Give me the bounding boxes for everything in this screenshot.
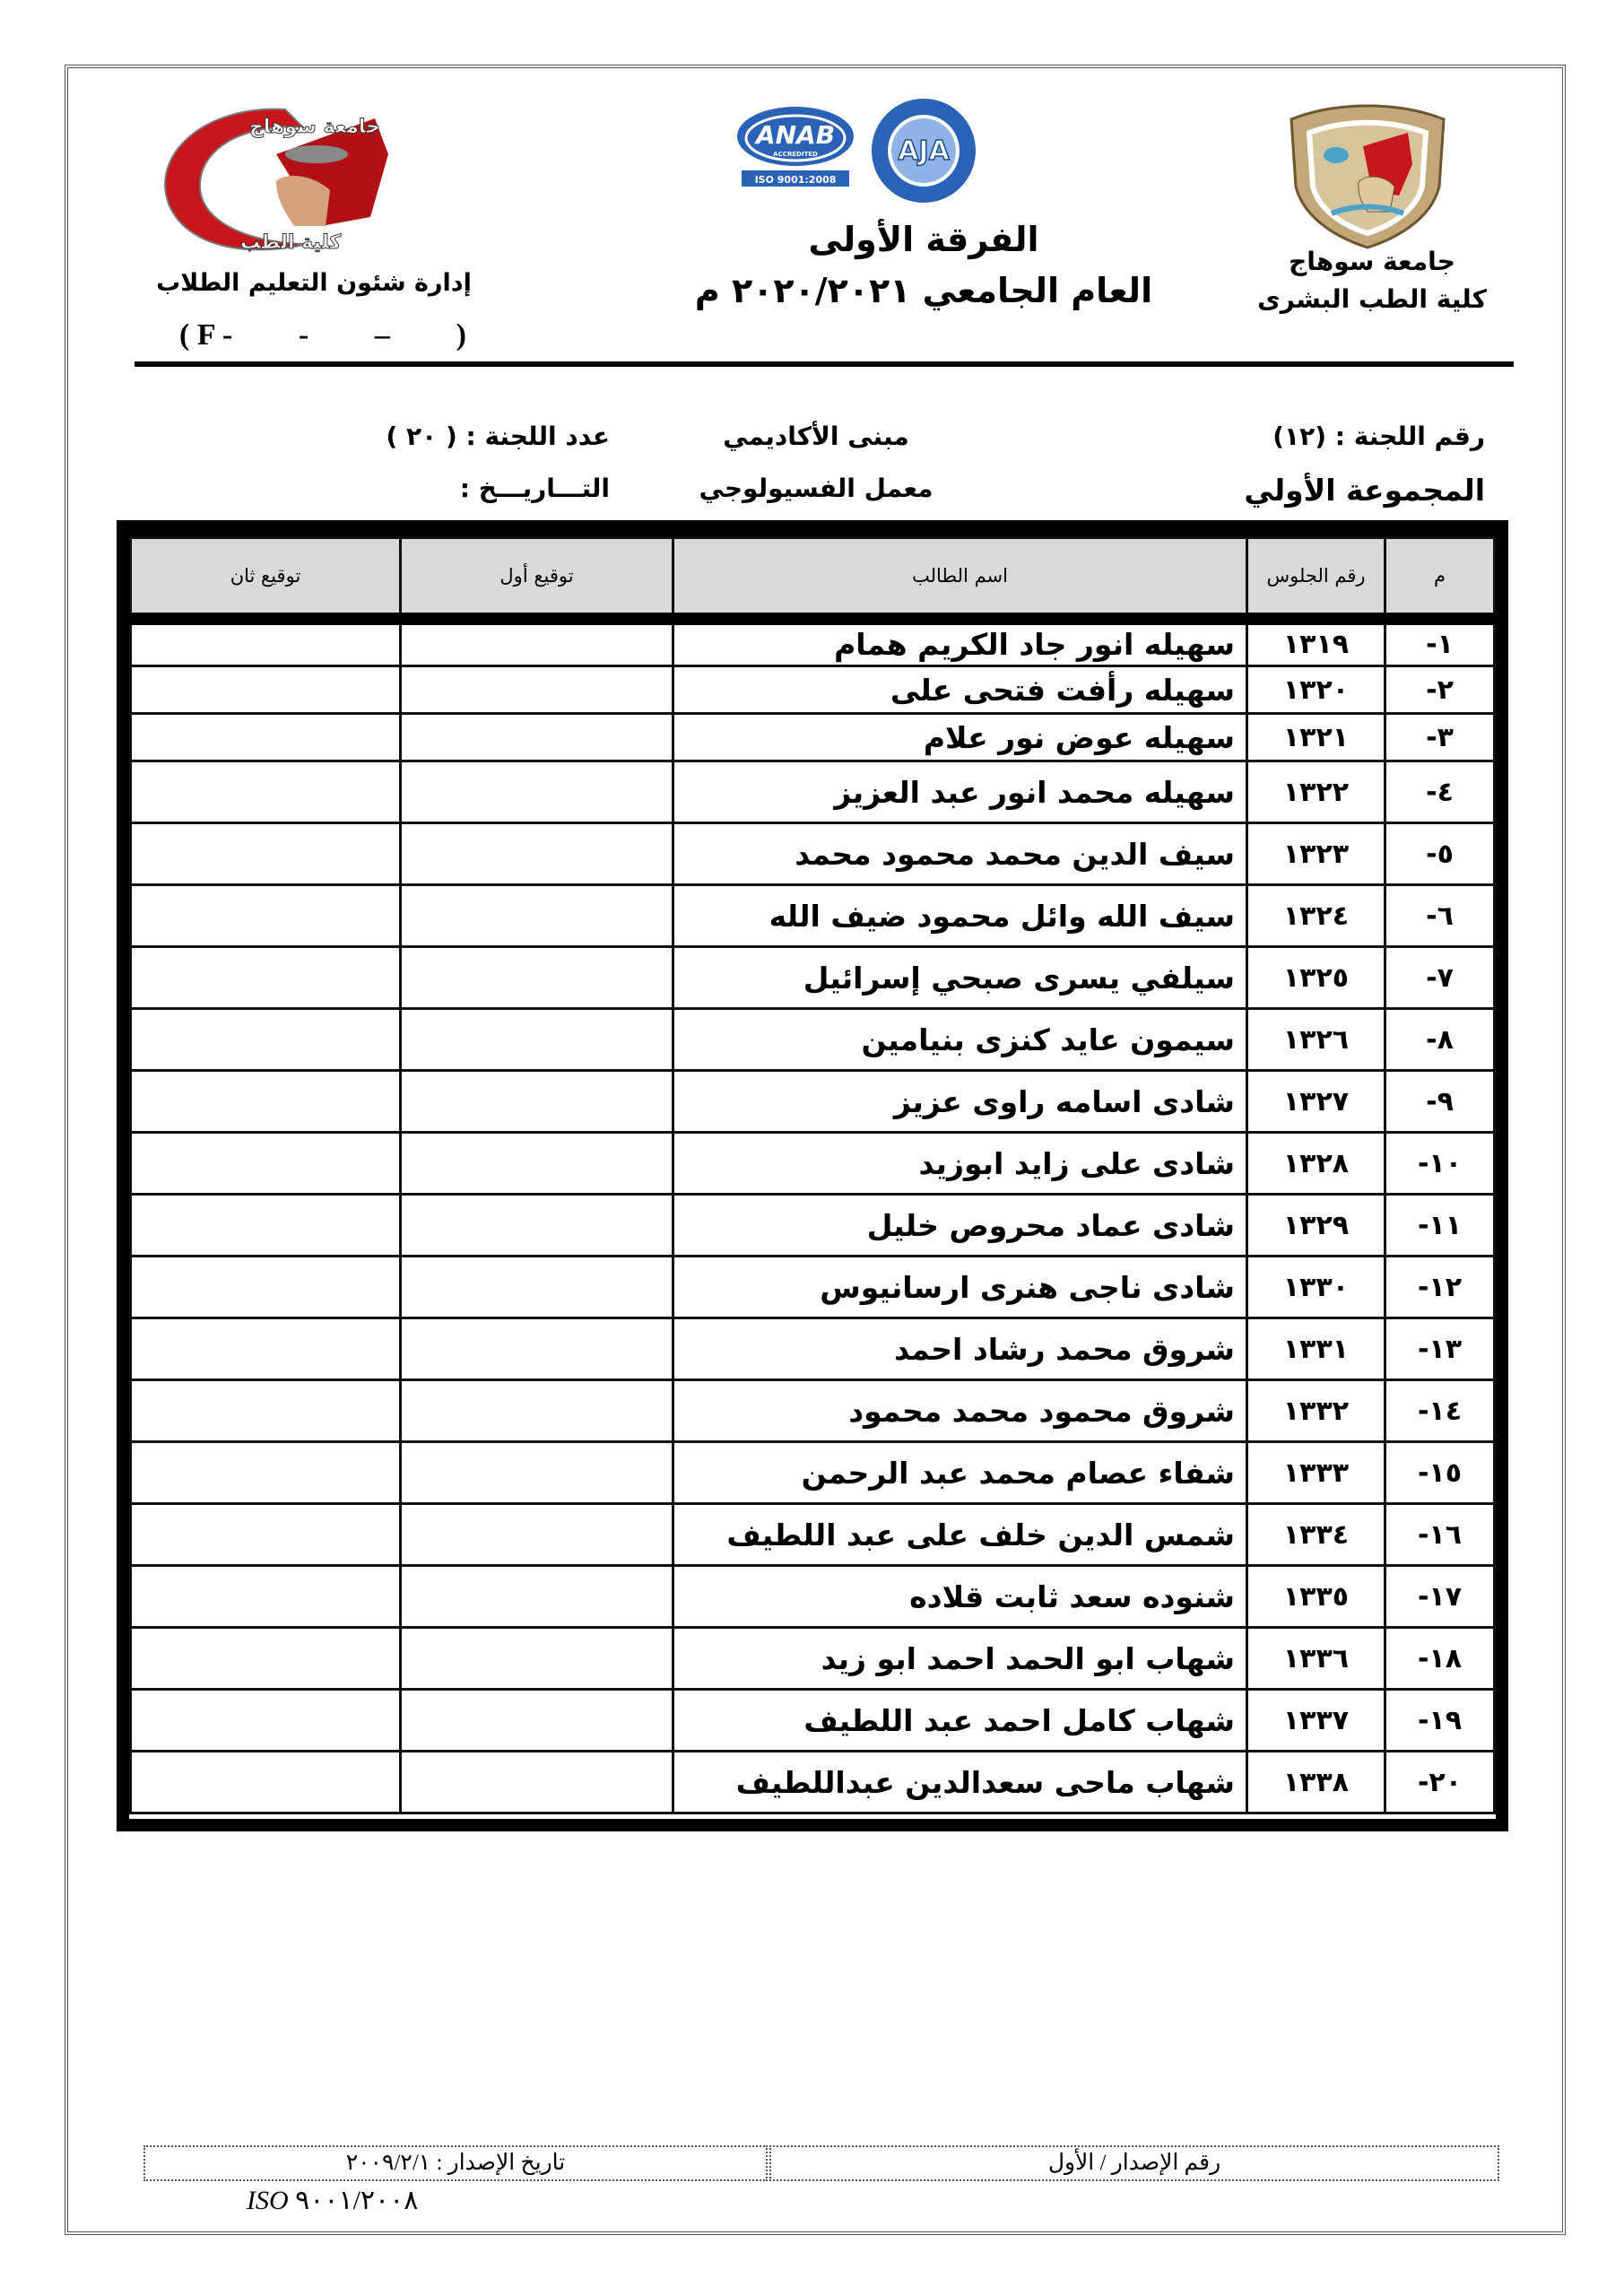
row-second-signature-field[interactable]: [131, 1009, 401, 1071]
row-first-signature-field[interactable]: [401, 1133, 673, 1195]
row-student-name: شهاب كامل احمد عبد اللطيف: [673, 1690, 1247, 1752]
row-seat-number: ١٣٢٢: [1247, 761, 1385, 823]
row-student-name: سهيله انور جاد الكريم همام: [673, 619, 1247, 666]
row-first-signature-field[interactable]: [401, 1442, 673, 1504]
row-index: ٣-: [1385, 714, 1495, 761]
building-label: مبنى الأكاديمي: [699, 422, 933, 451]
row-second-signature-field[interactable]: [131, 666, 401, 714]
form-code-part: ): [456, 318, 466, 352]
row-seat-number: ١٣٣٢: [1247, 1380, 1385, 1442]
table-header-row: م رقم الجلوس اسم الطالب توقيع أول توقيع …: [131, 538, 1495, 619]
row-student-name: سيلفي يسرى صبحي إسرائيل: [673, 947, 1247, 1009]
row-student-name: شادى عماد محروص خليل: [673, 1195, 1247, 1257]
row-first-signature-field[interactable]: [401, 1009, 673, 1071]
row-seat-number: ١٣٢٣: [1247, 823, 1385, 885]
table-row: ١- ١٣١٩ سهيله انور جاد الكريم همام: [131, 619, 1495, 666]
column-header-first-signature: توقيع أول: [401, 538, 673, 619]
row-first-signature-field[interactable]: [401, 761, 673, 823]
row-student-name: شنوده سعد ثابت قلاده: [673, 1566, 1247, 1628]
svg-text:ISO 9001:2008: ISO 9001:2008: [755, 174, 837, 186]
row-index: ١٩-: [1385, 1690, 1495, 1752]
table-row: ٢٠- ١٣٣٨ شهاب ماحى سعدالدين عبداللطيف: [131, 1752, 1495, 1813]
date-label: التـــاريـــخ :: [386, 474, 610, 503]
row-second-signature-field[interactable]: [131, 1195, 401, 1257]
svg-text:AJA: AJA: [898, 135, 950, 167]
svg-text:جامعة سوهاج: جامعة سوهاج: [249, 116, 380, 138]
issue-date: تاريخ الإصدار : ٢٠٠٩/٢/١: [143, 2145, 768, 2181]
table-row: ٦- ١٣٢٤ سيف الله وائل محمود ضيف الله: [131, 885, 1495, 947]
row-second-signature-field[interactable]: [131, 1380, 401, 1442]
row-index: ٢٠-: [1385, 1752, 1495, 1813]
row-first-signature-field[interactable]: [401, 1380, 673, 1442]
row-first-signature-field[interactable]: [401, 885, 673, 947]
row-first-signature-field[interactable]: [401, 823, 673, 885]
table-row: ١٥- ١٣٣٣ شفاء عصام محمد عبد الرحمن: [131, 1442, 1495, 1504]
row-second-signature-field[interactable]: [131, 1442, 401, 1504]
department-name: إدارة شئون التعليم الطلاب: [135, 269, 493, 297]
row-second-signature-field[interactable]: [131, 619, 401, 666]
row-first-signature-field[interactable]: [401, 1071, 673, 1133]
row-index: ١٤-: [1385, 1380, 1495, 1442]
row-first-signature-field[interactable]: [401, 1257, 673, 1318]
table-row: ١٧- ١٣٣٥ شنوده سعد ثابت قلاده: [131, 1566, 1495, 1628]
row-seat-number: ١٣٢٥: [1247, 947, 1385, 1009]
accreditation-logos: ANAB ACCREDITED ISO 9001:2008 AJA: [737, 99, 997, 206]
row-seat-number: ١٣٢٩: [1247, 1195, 1385, 1257]
row-student-name: شروق محمد رشاد احمد: [673, 1318, 1247, 1380]
row-index: ١-: [1385, 619, 1495, 666]
row-student-name: سيف الله وائل محمود ضيف الله: [673, 885, 1247, 947]
row-first-signature-field[interactable]: [401, 666, 673, 714]
row-student-name: سيمون عايد كنزى بنيامين: [673, 1009, 1247, 1071]
row-second-signature-field[interactable]: [131, 1318, 401, 1380]
student-roster-table: م رقم الجلوس اسم الطالب توقيع أول توقيع …: [129, 536, 1496, 1814]
row-second-signature-field[interactable]: [131, 761, 401, 823]
table-row: ١١- ١٣٢٩ شادى عماد محروص خليل: [131, 1195, 1495, 1257]
row-student-name: سهيله عوض نور علام: [673, 714, 1247, 761]
row-seat-number: ١٣٣٧: [1247, 1690, 1385, 1752]
row-seat-number: ١٣٢٠: [1247, 666, 1385, 714]
row-index: ٩-: [1385, 1071, 1495, 1133]
row-student-name: سهيله محمد انور عبد العزيز: [673, 761, 1247, 823]
row-second-signature-field[interactable]: [131, 714, 401, 761]
row-seat-number: ١٣٣١: [1247, 1318, 1385, 1380]
row-first-signature-field[interactable]: [401, 1318, 673, 1380]
row-index: ٧-: [1385, 947, 1495, 1009]
row-seat-number: ١٣٢٨: [1247, 1133, 1385, 1195]
row-student-name: شادى اسامه راوى عزيز: [673, 1071, 1247, 1133]
row-second-signature-field[interactable]: [131, 885, 401, 947]
row-second-signature-field[interactable]: [131, 1566, 401, 1628]
table-row: ٩- ١٣٢٧ شادى اسامه راوى عزيز: [131, 1071, 1495, 1133]
form-code-part: -: [299, 318, 308, 352]
row-seat-number: ١٣٣٨: [1247, 1752, 1385, 1813]
row-index: ١٣-: [1385, 1318, 1495, 1380]
table-row: ٥- ١٣٢٣ سيف الدين محمد محمود محمد: [131, 823, 1495, 885]
row-student-name: شهاب ابو الحمد احمد ابو زيد: [673, 1628, 1247, 1690]
row-index: ٥-: [1385, 823, 1495, 885]
row-first-signature-field[interactable]: [401, 1690, 673, 1752]
row-seat-number: ١٣٣٦: [1247, 1628, 1385, 1690]
column-header-index: م: [1385, 538, 1495, 619]
row-first-signature-field[interactable]: [401, 1628, 673, 1690]
row-second-signature-field[interactable]: [131, 1690, 401, 1752]
form-code-part: –: [375, 318, 390, 352]
row-index: ١٠-: [1385, 1133, 1495, 1195]
row-index: ٢-: [1385, 666, 1495, 714]
header-divider: [135, 361, 1514, 367]
row-index: ١٢-: [1385, 1257, 1495, 1318]
table-row: ١٩- ١٣٣٧ شهاب كامل احمد عبد اللطيف: [131, 1690, 1495, 1752]
committee-number: رقم اللجنة : (١٢): [1272, 422, 1485, 451]
column-header-second-signature: توقيع ثان: [131, 538, 401, 619]
aja-logo-icon: AJA: [872, 99, 976, 203]
faculty-logo: جامعة سوهاج كلية الطب: [151, 100, 411, 257]
row-seat-number: ١٣٣٤: [1247, 1504, 1385, 1566]
row-student-name: شادى ناجى هنرى ارسانيوس: [673, 1257, 1247, 1318]
row-seat-number: ١٣٣٣: [1247, 1442, 1385, 1504]
table-row: ١٤- ١٣٣٢ شروق محمود محمد محمود: [131, 1380, 1495, 1442]
table-row: ١٣- ١٣٣١ شروق محمد رشاد احمد: [131, 1318, 1495, 1380]
row-index: ٨-: [1385, 1009, 1495, 1071]
row-second-signature-field[interactable]: [131, 1752, 401, 1813]
row-index: ١٦-: [1385, 1504, 1495, 1566]
row-first-signature-field[interactable]: [401, 619, 673, 666]
anab-logo-icon: ANAB ACCREDITED ISO 9001:2008: [737, 107, 854, 187]
group-label: المجموعة الأولي: [1244, 473, 1485, 508]
university-crest: [1282, 97, 1453, 249]
svg-text:ACCREDITED: ACCREDITED: [773, 151, 818, 158]
table-row: ٢- ١٣٢٠ سهيله رأفت فتحى على: [131, 666, 1495, 714]
row-student-name: شادى على زايد ابوزيد: [673, 1133, 1247, 1195]
table-row: ١٠- ١٣٢٨ شادى على زايد ابوزيد: [131, 1133, 1495, 1195]
row-second-signature-field[interactable]: [131, 823, 401, 885]
lab-label: معمل الفسيولوجي: [690, 474, 942, 503]
sohag-crest-icon: [1282, 97, 1453, 249]
row-student-name: سهيله رأفت فتحى على: [673, 666, 1247, 714]
row-index: ١١-: [1385, 1195, 1495, 1257]
table-row: ٨- ١٣٢٦ سيمون عايد كنزى بنيامين: [131, 1009, 1495, 1071]
row-first-signature-field[interactable]: [401, 1752, 673, 1813]
row-first-signature-field[interactable]: [401, 1504, 673, 1566]
row-seat-number: ١٣٣٥: [1247, 1566, 1385, 1628]
row-seat-number: ١٣١٩: [1247, 619, 1385, 666]
table-row: ٧- ١٣٢٥ سيلفي يسرى صبحي إسرائيل: [131, 947, 1495, 1009]
row-second-signature-field[interactable]: [131, 1071, 401, 1133]
row-first-signature-field[interactable]: [401, 714, 673, 761]
faculty-crescent-icon: جامعة سوهاج كلية الطب: [151, 100, 411, 257]
committee-count: عدد اللجنة : ( ٢٠ ): [386, 422, 610, 451]
row-seat-number: ١٣٢٧: [1247, 1071, 1385, 1133]
university-name: جامعة سوهاج: [1238, 247, 1507, 276]
student-roster-table-frame: م رقم الجلوس اسم الطالب توقيع أول توقيع …: [117, 520, 1508, 1831]
row-index: ١٨-: [1385, 1628, 1495, 1690]
row-second-signature-field[interactable]: [131, 1133, 401, 1195]
academic-year: العام الجامعي ٢٠٢٠/٢٠٢١ م: [628, 271, 1220, 310]
column-header-seat-number: رقم الجلوس: [1247, 538, 1385, 619]
table-row: ٣- ١٣٢١ سهيله عوض نور علام: [131, 714, 1495, 761]
faculty-name: كلية الطب البشرى: [1238, 284, 1507, 314]
svg-text:ANAB: ANAB: [754, 120, 835, 150]
row-seat-number: ١٣٢١: [1247, 714, 1385, 761]
row-seat-number: ١٣٣٠: [1247, 1257, 1385, 1318]
row-index: ١٧-: [1385, 1566, 1495, 1628]
form-code-part: ( F -: [179, 318, 232, 352]
row-second-signature-field[interactable]: [131, 947, 401, 1009]
row-second-signature-field[interactable]: [131, 1628, 401, 1690]
row-first-signature-field[interactable]: [401, 947, 673, 1009]
row-seat-number: ١٣٢٦: [1247, 1009, 1385, 1071]
row-student-name: شمس الدين خلف على عبد اللطيف: [673, 1504, 1247, 1566]
row-second-signature-field[interactable]: [131, 1504, 401, 1566]
row-seat-number: ١٣٢٤: [1247, 885, 1385, 947]
row-second-signature-field[interactable]: [131, 1257, 401, 1318]
row-index: ١٥-: [1385, 1442, 1495, 1504]
row-index: ٦-: [1385, 885, 1495, 947]
iso-standard: ISO ٩٠٠١/٢٠٠٨: [247, 2185, 418, 2216]
iso-prefix: ISO: [247, 2186, 289, 2215]
issue-version: رقم الإصدار / الأول: [769, 2145, 1499, 2181]
form-code: ( F - - – ): [179, 318, 466, 352]
table-row: ٤- ١٣٢٢ سهيله محمد انور عبد العزيز: [131, 761, 1495, 823]
iso-number: ٩٠٠١/٢٠٠٨: [295, 2186, 418, 2215]
row-student-name: سيف الدين محمد محمود محمد: [673, 823, 1247, 885]
table-row: ١٢- ١٣٣٠ شادى ناجى هنرى ارسانيوس: [131, 1257, 1495, 1318]
row-student-name: شهاب ماحى سعدالدين عبداللطيف: [673, 1752, 1247, 1813]
row-first-signature-field[interactable]: [401, 1566, 673, 1628]
row-first-signature-field[interactable]: [401, 1195, 673, 1257]
row-student-name: شفاء عصام محمد عبد الرحمن: [673, 1442, 1247, 1504]
column-header-student-name: اسم الطالب: [673, 538, 1247, 619]
table-row: ١٦- ١٣٣٤ شمس الدين خلف على عبد اللطيف: [131, 1504, 1495, 1566]
table-row: ١٨- ١٣٣٦ شهاب ابو الحمد احمد ابو زيد: [131, 1628, 1495, 1690]
row-student-name: شروق محمود محمد محمود: [673, 1380, 1247, 1442]
svg-text:كلية الطب: كلية الطب: [240, 231, 341, 254]
class-title: الفرقة الأولى: [628, 220, 1220, 259]
row-index: ٤-: [1385, 761, 1495, 823]
